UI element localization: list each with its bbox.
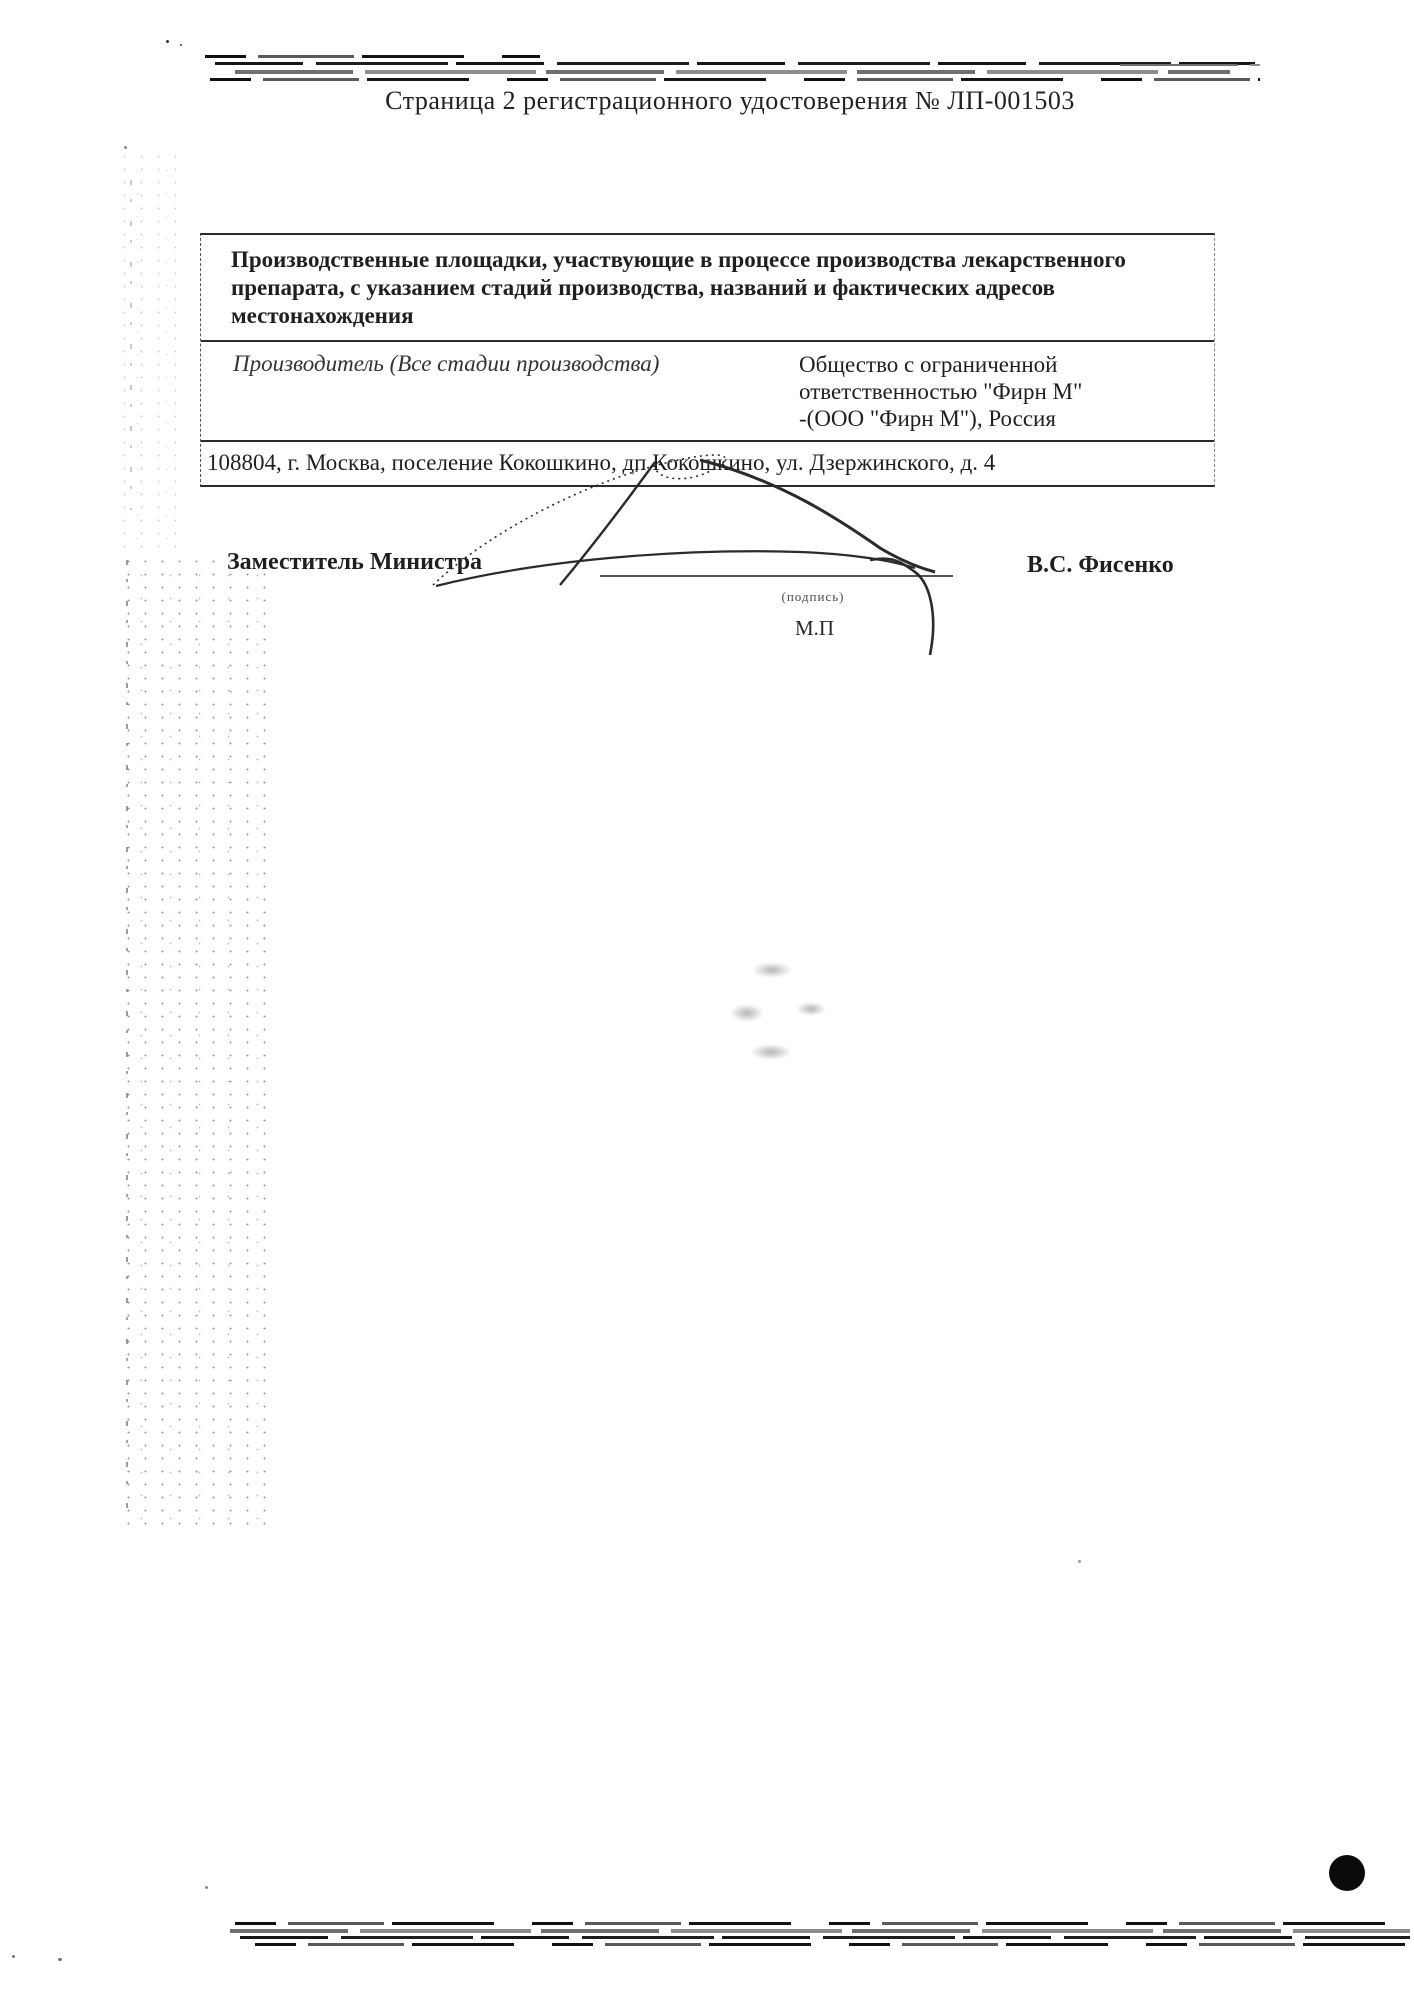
producer-value-cell: Общество с ограниченной ответственностью… — [789, 342, 1214, 440]
scanned-document-page: Страница 2 регистрационного удостоверени… — [0, 0, 1414, 2000]
table-row-producer: Производитель (Все стадии производства) … — [201, 342, 1214, 442]
signer-name: В.С. Фисенко — [1027, 552, 1174, 579]
scan-speck — [180, 44, 182, 46]
faint-stamp-remnant — [796, 1002, 826, 1016]
page-title: Страница 2 регистрационного удостоверени… — [200, 86, 1260, 116]
scan-artifact-line — [1120, 64, 1260, 66]
hole-punch-dot — [1329, 1855, 1365, 1891]
scan-artifact-line — [205, 55, 540, 58]
scan-artifact-line — [255, 1943, 1410, 1946]
scan-speck — [124, 146, 127, 149]
scan-noise-band — [116, 150, 176, 550]
scan-speck — [166, 40, 169, 43]
scan-speck — [205, 1886, 208, 1889]
scan-artifact-line — [240, 1936, 1410, 1939]
scan-artifact-line — [235, 1922, 1410, 1925]
table-header-cell: Производственные площадки, участвующие в… — [201, 235, 1214, 342]
faint-stamp-remnant — [730, 1004, 764, 1022]
scan-speck — [12, 1955, 15, 1958]
scan-speck — [58, 1958, 62, 1961]
faint-stamp-remnant — [752, 962, 792, 978]
faint-stamp-remnant — [750, 1044, 792, 1060]
producer-label-cell: Производитель (Все стадии производства) — [201, 342, 789, 440]
scan-noise-band — [120, 555, 268, 1525]
scan-artifact-line — [215, 62, 1255, 65]
scan-dash-column — [130, 180, 132, 510]
signature-scribble — [418, 438, 988, 673]
scan-dash-column — [126, 560, 128, 1515]
scan-artifact-line — [230, 1929, 1410, 1933]
scan-artifact-line — [235, 70, 1230, 74]
scan-speck — [1078, 1560, 1081, 1563]
scan-artifact-line — [210, 78, 1260, 81]
